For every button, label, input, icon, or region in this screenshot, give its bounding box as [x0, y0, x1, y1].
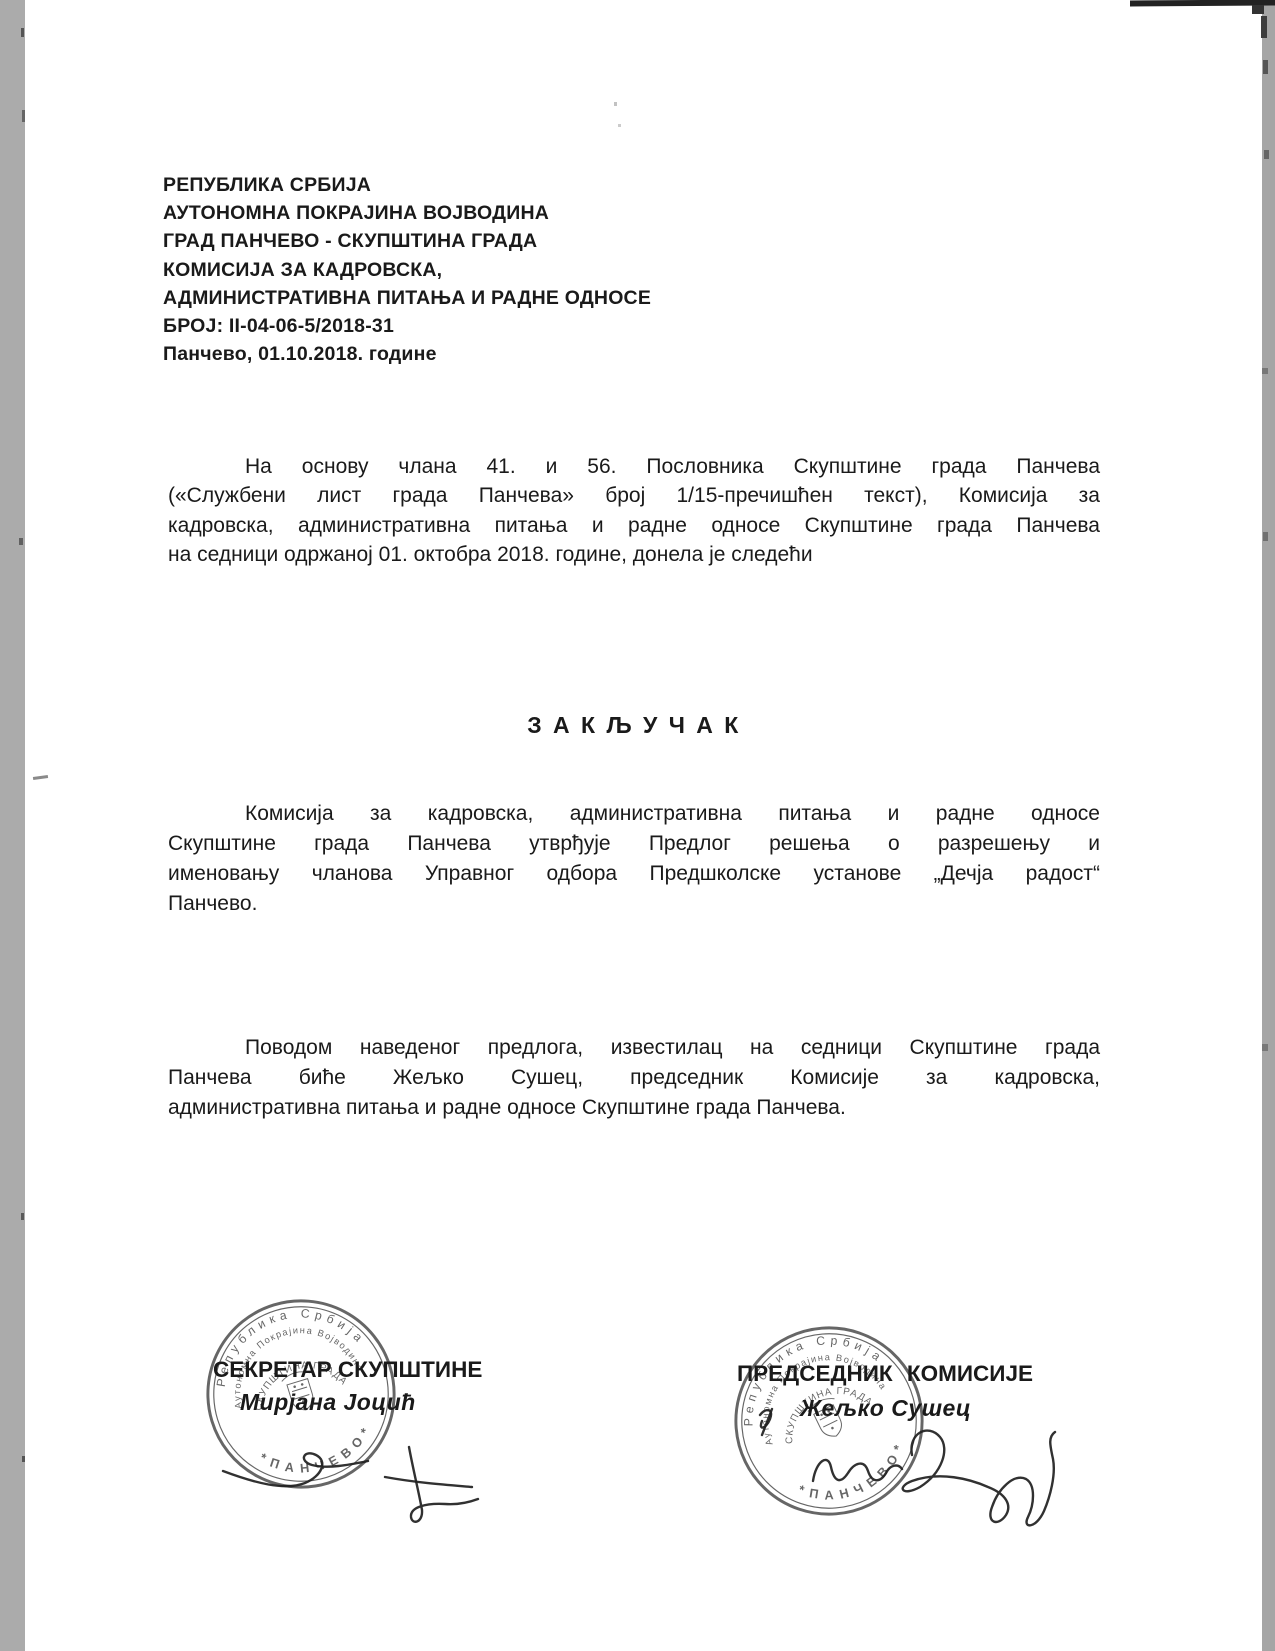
- text-line: на седници одржаној 01. октобра 2018. го…: [168, 540, 1100, 569]
- text-line: Поводом наведеног предлога, известилац н…: [168, 1033, 1100, 1063]
- handwritten-signatures: [150, 1395, 1110, 1605]
- president-title: ПРЕДСЕДНИК КОМИСИЈЕ: [737, 1361, 1033, 1387]
- text-line: Панчево.: [168, 889, 1100, 919]
- scan-dash-mark: [33, 775, 48, 780]
- scan-speck: [1261, 16, 1267, 38]
- text-line: ГРАД ПАНЧЕВО - СКУПШТИНА ГРАДА: [163, 227, 651, 255]
- scan-edge-left: [0, 0, 25, 1651]
- paragraph-rapporteur: Поводом наведеног предлога, известилац н…: [168, 1033, 1100, 1123]
- scan-speck: [1263, 532, 1268, 541]
- text-line: кадровска, административна питања и радн…: [168, 511, 1100, 540]
- text-line: КОМИСИЈА ЗА КАДРОВСКА,: [163, 256, 651, 284]
- scan-speck: [614, 102, 617, 106]
- text-line: Скупштине града Панчева утврђује Предлог…: [168, 829, 1100, 859]
- text-line: («Службени лист града Панчева» број 1/15…: [168, 481, 1100, 510]
- scan-speck: [21, 1213, 24, 1220]
- text-line: Комисија за кадровска, административна п…: [168, 799, 1100, 829]
- document-letterhead: РЕПУБЛИКА СРБИЈААУТОНОМНА ПОКРАЈИНА ВОЈВ…: [163, 171, 651, 368]
- document-title: З А К Љ У Ч А К: [168, 712, 1100, 739]
- scanned-document-page: РЕПУБЛИКА СРБИЈААУТОНОМНА ПОКРАЈИНА ВОЈВ…: [0, 0, 1275, 1651]
- scan-speck: [1252, 5, 1264, 14]
- scan-speck: [22, 110, 25, 122]
- text-line: АДМИНИСТРАТИВНА ПИТАЊА И РАДНЕ ОДНОСЕ: [163, 284, 651, 312]
- paragraph-decision: Комисија за кадровска, административна п…: [168, 799, 1100, 919]
- scan-speck: [19, 538, 23, 545]
- scan-speck: [22, 1456, 25, 1462]
- scan-speck: [618, 124, 621, 127]
- secretary-name: Мирјана Јоцић: [240, 1389, 416, 1416]
- secretary-title: СЕКРЕТАР СКУПШТИНЕ: [213, 1357, 482, 1383]
- scan-speck: [1263, 60, 1268, 74]
- president-signature-icon: [903, 1431, 1055, 1526]
- text-line: БРОЈ: II-04-06-5/2018-31: [163, 312, 651, 340]
- scan-speck: [21, 28, 24, 37]
- text-line: АУТОНОМНА ПОКРАЈИНА ВОЈВОДИНА: [163, 199, 651, 227]
- scan-speck: [1262, 1044, 1268, 1051]
- secretary-signature-icon: [223, 1453, 368, 1486]
- president-name: Жељко Сушец: [800, 1395, 971, 1422]
- scan-speck: [1264, 150, 1269, 159]
- secretary-signature-icon: [385, 1477, 472, 1487]
- scan-edge-right: [1262, 0, 1275, 1651]
- text-line: именовању чланова Управног одбора Предшк…: [168, 859, 1100, 889]
- scan-speck: [1262, 368, 1268, 374]
- text-line: РЕПУБЛИКА СРБИЈА: [163, 171, 651, 199]
- paragraph-legal-basis: На основу члана 41. и 56. Пословника Ску…: [168, 452, 1100, 570]
- text-line: административна питања и радне односе Ск…: [168, 1093, 1100, 1123]
- text-line: На основу члана 41. и 56. Пословника Ску…: [168, 452, 1100, 481]
- text-line: Панчево, 01.10.2018. године: [163, 340, 651, 368]
- president-signature-icon: [813, 1460, 902, 1481]
- text-line: Панчева биће Жељко Сушец, председник Ком…: [168, 1063, 1100, 1093]
